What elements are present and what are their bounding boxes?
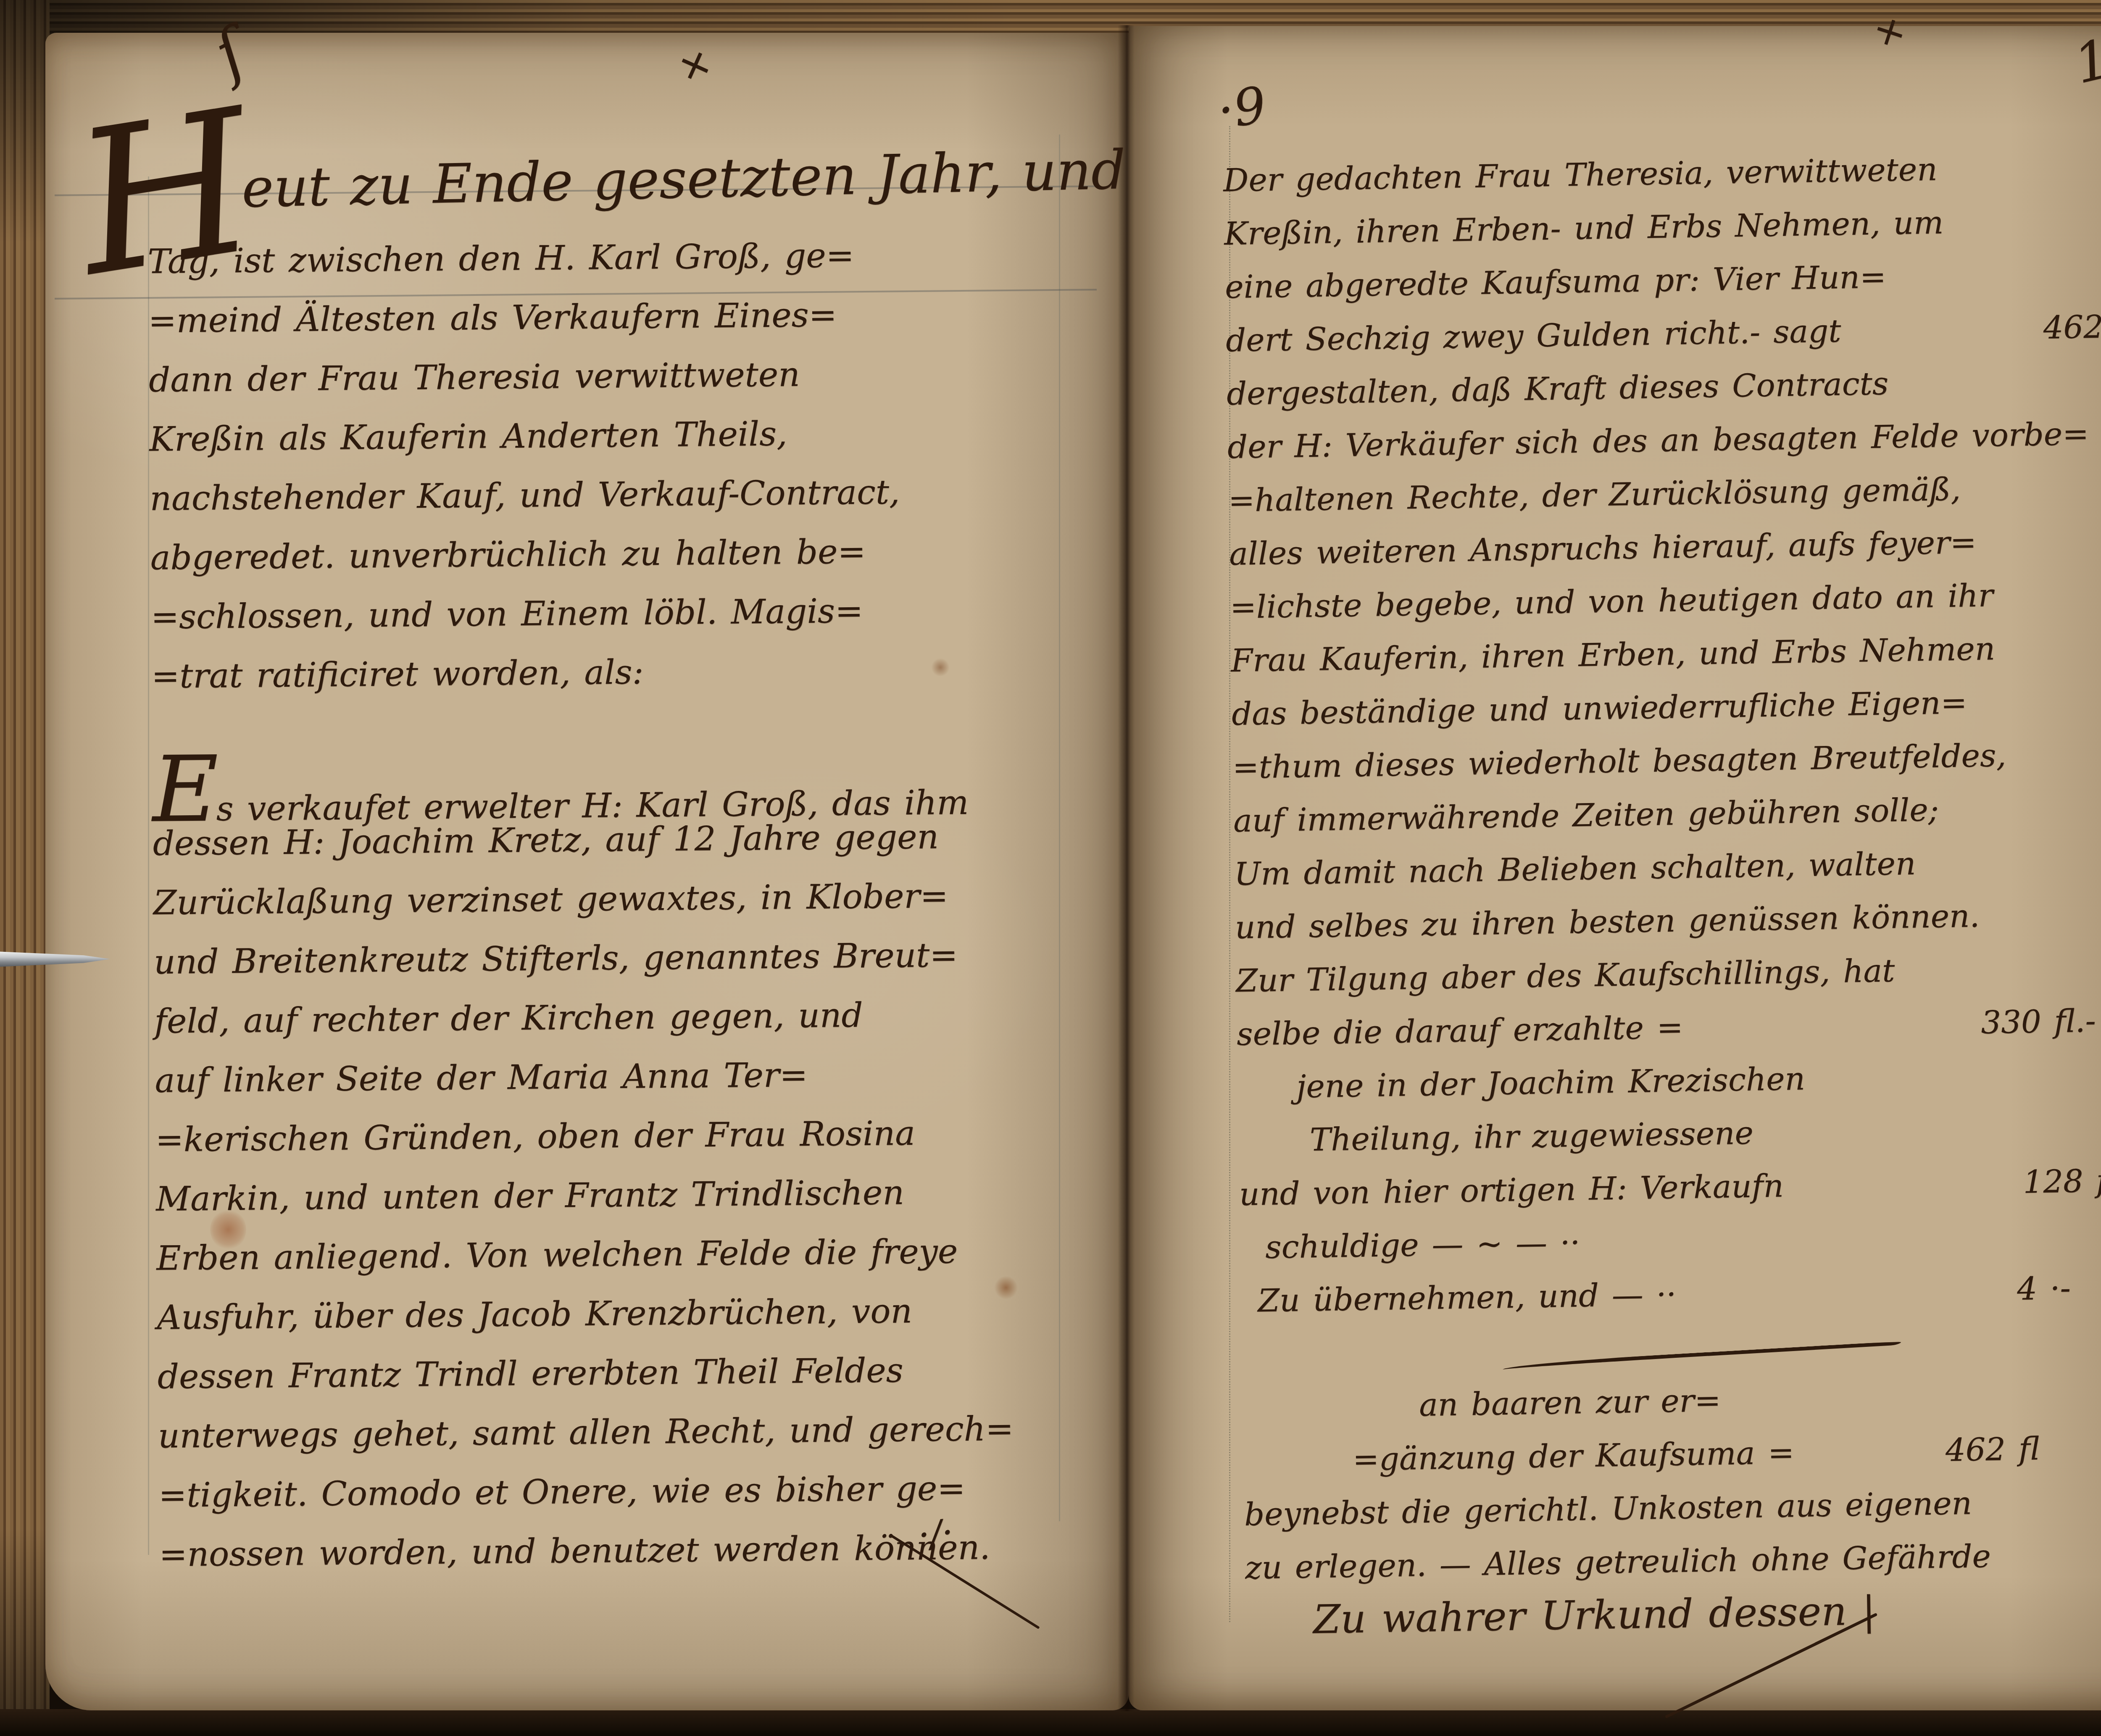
manuscript-line: auf linker Seite der Maria Anna Ter=: [155, 1045, 1086, 1112]
manuscript-line: dann der Frau Theresia verwittweten: [148, 345, 1079, 412]
manuscript-line: =kerischen Gründen, oben der Frau Rosina: [155, 1104, 1086, 1172]
line-text: =gänzung der Kaufsuma =: [1352, 1428, 1795, 1488]
manuscript-line: =schlossen, und von Einem löbl. Magis=: [150, 582, 1082, 649]
manuscript-line: Erben anliegend. Von welchen Felde die f…: [156, 1223, 1087, 1290]
manuscript-line: =nossen worden, und benutzet werden könn…: [159, 1519, 1090, 1586]
manuscript-line: =meind Ältesten als Verkaufern Eines=: [148, 285, 1079, 353]
sum-rule-line: [1502, 1341, 1901, 1372]
amount-value: 462 fl: [1945, 1421, 2101, 1478]
manuscript-line: Tag, ist zwischen den H. Karl Groß, ge=: [147, 226, 1079, 293]
amount-value: 462 fl:: [2043, 300, 2101, 356]
manuscript-line: Kreßin als Kauferin Anderten Theils,: [149, 404, 1080, 471]
manuscript-line: Ausfuhr, über des Jacob Krenzbrüchen, vo…: [157, 1282, 1088, 1349]
manuscript-line: Markin, und unten der Frantz Trindlische…: [155, 1164, 1087, 1231]
entry-mark: ·9: [1214, 76, 1270, 141]
amount-value: 128 fl:: [2023, 1154, 2101, 1210]
line-text: dert Sechzig zwey Gulden richt.- sagt: [1225, 306, 1841, 369]
paragraph: Es verkaufet erwelter H: Karl Groß, das …: [152, 749, 1090, 1586]
amount-value: 330 fl.- dann: [1981, 994, 2101, 1051]
line-text: Um damit nach Belieben schalten, walten: [1234, 838, 1916, 902]
manuscript-line: =tigkeit. Comodo et Onere, wie es bisher…: [158, 1460, 1090, 1527]
manuscript-book: 189= + + ſ ·9 ·/· H eut zu Ende gesetzte…: [0, 0, 2101, 1736]
left-text-block: Tag, ist zwischen den H. Karl Groß, ge==…: [147, 226, 1090, 1586]
line-text: Zu übernehmen, und — ··: [1257, 1269, 1677, 1329]
line-text: Zur Tilgung aber des Kaufschillings, hat: [1235, 946, 1895, 1009]
amount-value: 4 ·-: [2017, 1261, 2101, 1317]
book-bottom-edge: [0, 1709, 2101, 1736]
manuscript-line: nachstehender Kauf, und Verkauf-Contract…: [150, 463, 1081, 530]
manuscript-line: und Breitenkreutz Stifterls, genanntes B…: [154, 927, 1085, 994]
line-text: an baaren zur er=: [1419, 1375, 1721, 1433]
manuscript-line: abgeredet. unverbrüchlich zu halten be=: [150, 522, 1081, 590]
line-text: jene in der Joachim Krezischen: [1296, 1054, 1806, 1115]
book-left-page-block-edge: [0, 0, 50, 1736]
line-text: Theilung, ihr zugewiessene: [1309, 1108, 1754, 1169]
line-text: dergestalten, daß Kraft dieses Contracts: [1226, 358, 1889, 422]
manuscript-line: Es verkaufet erwelter H: Karl Groß, das …: [152, 749, 1083, 816]
line-text: selbe die darauf erzahlte =: [1236, 1002, 1683, 1063]
line-text: Zu wahrer Urkund dessen |: [1313, 1586, 1876, 1649]
line-text: schuldige — ~ — ··: [1265, 1217, 1580, 1276]
manuscript-line: dessen Frantz Trindl ererbten Theil Feld…: [157, 1341, 1088, 1409]
line-text: eine abgeredte Kaufsuma pr: Vier Hun=: [1224, 252, 1886, 316]
manuscript-line: =trat ratificiret worden, als:: [151, 641, 1082, 708]
right-text-block: Der gedachten Frau Theresia, verwittwete…: [1223, 140, 2101, 1649]
manuscript-line: Zurücklaßung verzinset gewaxtes, in Klob…: [153, 867, 1084, 935]
line-text: und von hier ortigen H: Verkaufn: [1239, 1161, 1784, 1222]
manuscript-line: unterwegs gehet, samt allen Recht, und g…: [158, 1401, 1089, 1468]
manuscript-line: feld, auf rechter der Kirchen gegen, und: [154, 986, 1085, 1053]
book-gutter-fold: [1118, 25, 1135, 1711]
paragraph: Tag, ist zwischen den H. Karl Groß, ge==…: [147, 226, 1082, 708]
